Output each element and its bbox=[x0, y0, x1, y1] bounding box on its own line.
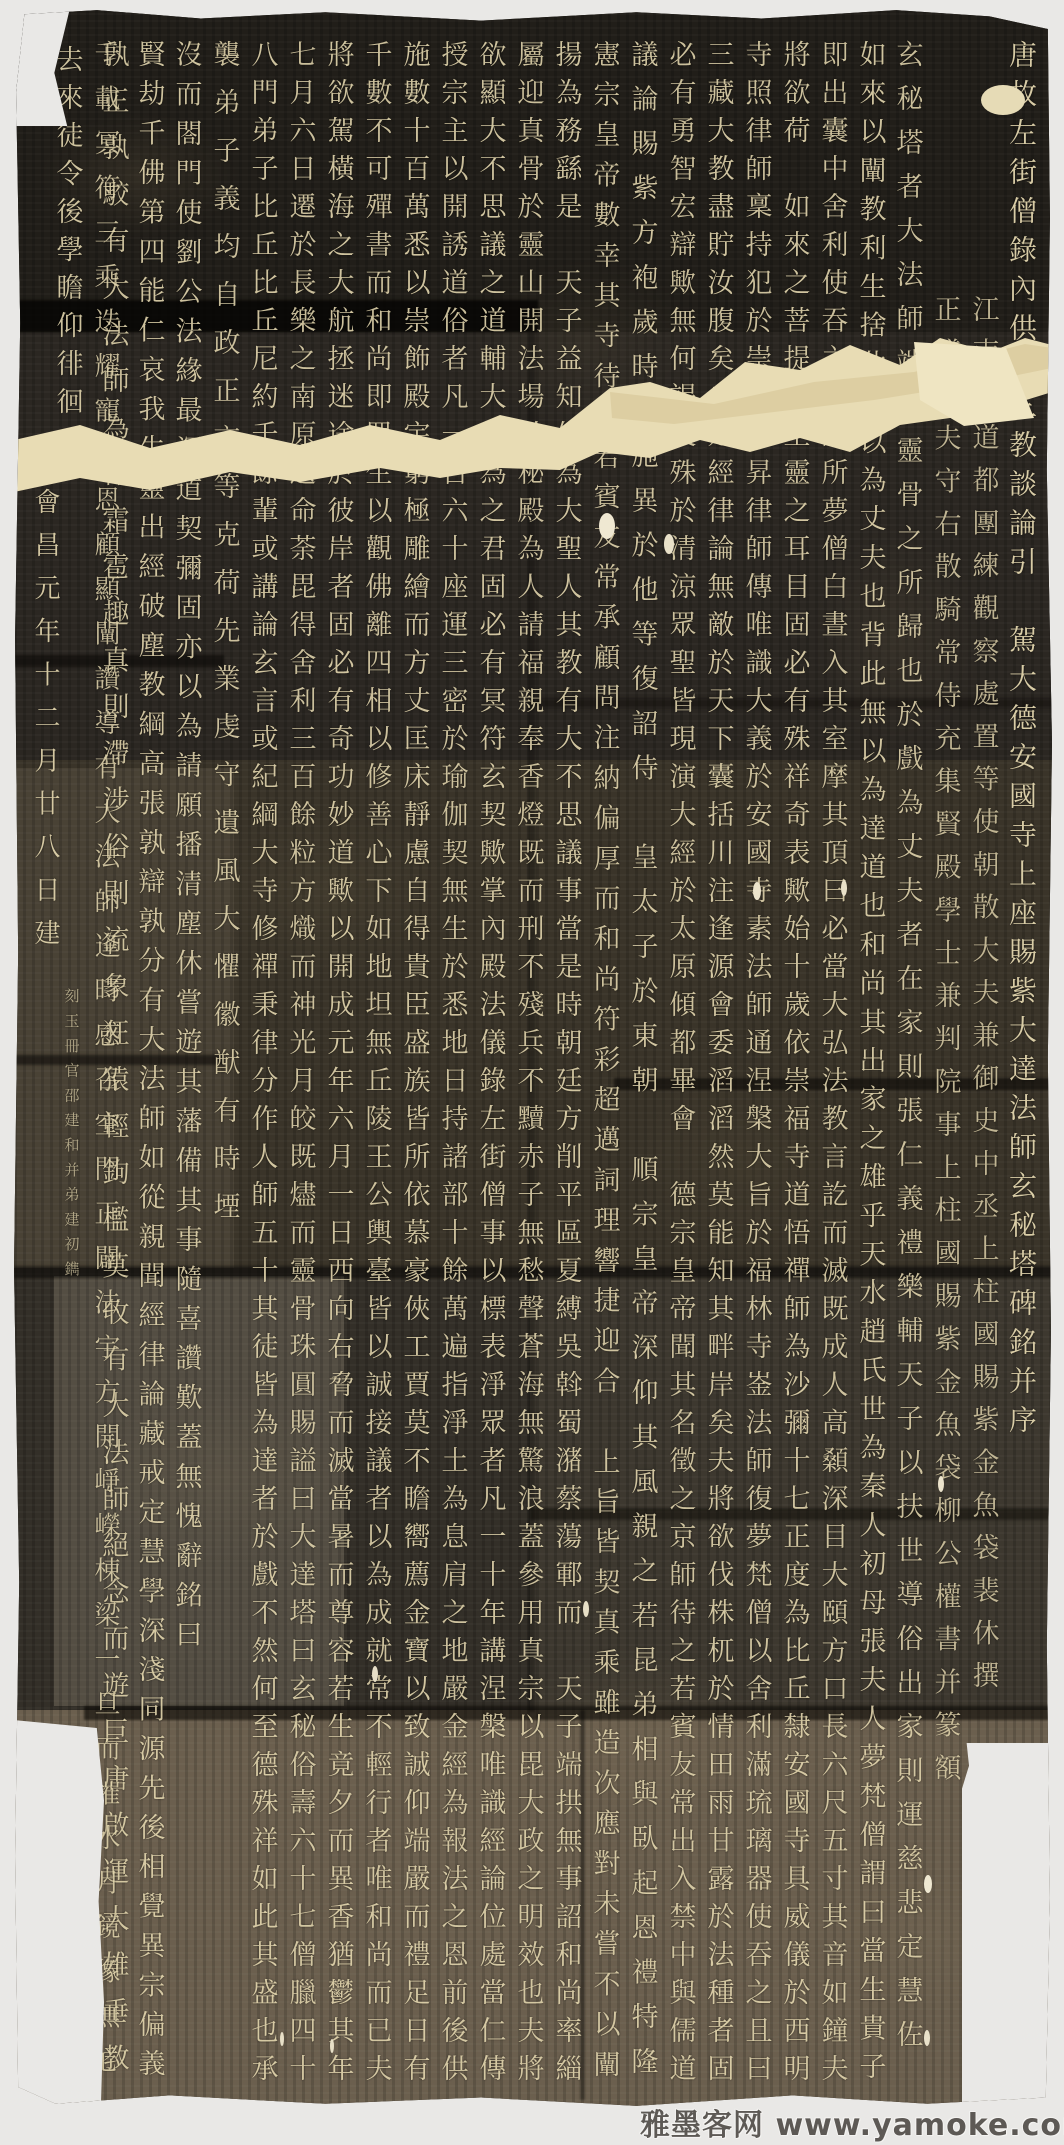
stele-column-engraver: 刻玉冊官邵建和并弟建初鐫 bbox=[60, 988, 83, 1285]
stele-column-body: 沒而閤門使劉公法緣最深道契彌固亦以為請願播清塵休嘗遊其藩備其事隨喜讚歎蓋無愧辭銘… bbox=[171, 40, 206, 1660]
stele-column-date: 會昌元年十二月廿八日建 bbox=[30, 488, 64, 962]
missing-paper-area bbox=[962, 1743, 1064, 2123]
watermark-site-url: www.yamoke.com bbox=[775, 2108, 1064, 2143]
stele-column-body: 襲弟子義均自政正言等克荷先業虔守遺風大懼徽猷有時堙 bbox=[209, 40, 244, 1240]
watermark-site-name: 雅墨客网 bbox=[640, 2100, 764, 2144]
paper-tear bbox=[14, 308, 1052, 548]
missing-paper-area bbox=[14, 1720, 104, 2123]
watermark: 雅墨客网 www.yamoke.com bbox=[640, 2100, 1060, 2144]
stele-rubbing: 唐故左街僧錄內供奉三教談論引 駕大德安國寺上座賜紫大達法師玄秘塔碑銘并序江南西道… bbox=[14, 8, 1052, 2108]
paper-tear-small bbox=[978, 80, 1028, 120]
stele-column-title: 唐故左街僧錄內供奉三教談論引 駕大德安國寺上座賜紫大達法師玄秘塔碑銘并序 bbox=[1005, 40, 1041, 1445]
